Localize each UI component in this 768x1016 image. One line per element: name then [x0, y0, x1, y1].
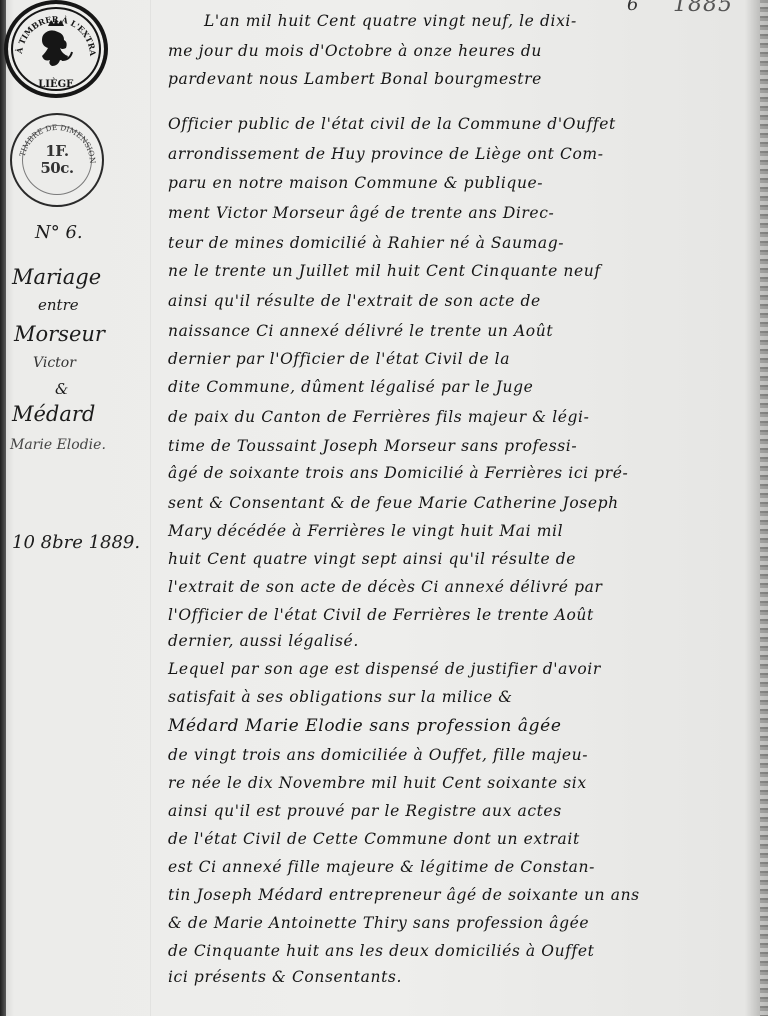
- page-number: 6: [627, 0, 638, 15]
- body-line: ainsi qu'il résulte de l'extrait de son …: [168, 292, 541, 310]
- body-line: satisfait à ses obligations sur la milic…: [168, 688, 513, 706]
- lion-stamp: À TIMBRER À L'EXTRAORDINAIRE LIÈGE: [4, 0, 108, 98]
- body-line: ne le trente un Juillet mil huit Cent Ci…: [168, 262, 601, 280]
- groom-firstname: Victor: [33, 355, 76, 371]
- stamp-ring-icon: TIMBRE DE DIMENSION: [12, 115, 102, 205]
- act-number: N° 6.: [35, 222, 83, 243]
- body-line: ici présents & Consentants.: [168, 968, 402, 986]
- body-line: dernier par l'Officier de l'état Civil d…: [168, 350, 510, 368]
- body-line: paru en notre maison Commune & publique-: [168, 174, 543, 192]
- svg-text:LIÈGE: LIÈGE: [38, 78, 74, 90]
- body-line: huit Cent quatre vingt sept ainsi qu'il …: [168, 550, 576, 568]
- body-line: de vingt trois ans domiciliée à Ouffet, …: [168, 746, 588, 764]
- page-edge: [760, 0, 768, 1016]
- body-line: Officier public de l'état civil de la Co…: [168, 115, 616, 133]
- body-line: est Ci annexé fille majeure & légitime d…: [168, 858, 595, 876]
- body-line: Lequel par son age est dispensé de justi…: [168, 660, 601, 678]
- margin-between: entre: [38, 296, 79, 314]
- scanned-register-page: À TIMBRER À L'EXTRAORDINAIRE LIÈGE TIMBR…: [0, 0, 768, 1016]
- body-line: Médard Marie Elodie sans profession âgée: [168, 716, 561, 736]
- body-line: & de Marie Antoinette Thiry sans profess…: [168, 914, 589, 932]
- body-line: me jour du mois d'Octobre à onze heures …: [168, 42, 542, 60]
- body-line: re née le dix Novembre mil huit Cent soi…: [168, 774, 587, 792]
- body-line: sent & Consentant & de feue Marie Cather…: [168, 494, 619, 512]
- body-line: pardevant nous Lambert Bonal bourgmestre: [168, 70, 542, 88]
- page-reference: 1885: [673, 0, 733, 17]
- margin-title: Mariage: [12, 265, 101, 289]
- body-line: dernier, aussi légalisé.: [168, 632, 359, 650]
- body-line: time de Toussaint Joseph Morseur sans pr…: [168, 437, 577, 455]
- body-line: de paix du Canton de Ferrières fils maje…: [168, 408, 589, 426]
- body-line: dite Commune, dûment légalisé par le Jug…: [168, 378, 533, 396]
- body-line: de Cinquante huit ans les deux domicilié…: [168, 942, 594, 960]
- body-line: l'Officier de l'état Civil de Ferrières …: [168, 606, 594, 624]
- body-line: de l'état Civil de Cette Commune dont un…: [168, 830, 580, 848]
- bride-surname: Médard: [12, 402, 95, 426]
- margin-divider: [150, 0, 151, 1016]
- binding-edge: [0, 0, 6, 1016]
- margin-and: &: [55, 380, 68, 398]
- body-line: tin Joseph Médard entrepreneur âgé de so…: [168, 886, 640, 904]
- groom-surname: Morseur: [14, 322, 105, 346]
- body-line: naissance Ci annexé délivré le trente un…: [168, 322, 553, 340]
- body-line: Mary décédée à Ferrières le vingt huit M…: [168, 522, 563, 540]
- body-line: L'an mil huit Cent quatre vingt neuf, le…: [204, 12, 577, 30]
- bride-firstnames: Marie Elodie.: [10, 437, 106, 453]
- svg-text:TIMBRE DE DIMENSION: TIMBRE DE DIMENSION: [18, 123, 97, 164]
- body-line: ainsi qu'il est prouvé par le Registre a…: [168, 802, 562, 820]
- body-line: âgé de soixante trois ans Domicilié à Fe…: [168, 464, 628, 482]
- body-line: teur de mines domicilié à Rahier né à Sa…: [168, 234, 564, 252]
- body-line: l'extrait de son acte de décès Ci annexé…: [168, 578, 602, 596]
- margin-date: 10 8bre 1889.: [12, 532, 140, 553]
- lion-emblem-icon: À TIMBRER À L'EXTRAORDINAIRE LIÈGE: [8, 4, 104, 94]
- body-line: ment Victor Morseur âgé de trente ans Di…: [168, 204, 554, 222]
- body-line: arrondissement de Huy province de Liège …: [168, 145, 604, 163]
- dimension-stamp: TIMBRE DE DIMENSION 1F. 50c.: [10, 113, 104, 207]
